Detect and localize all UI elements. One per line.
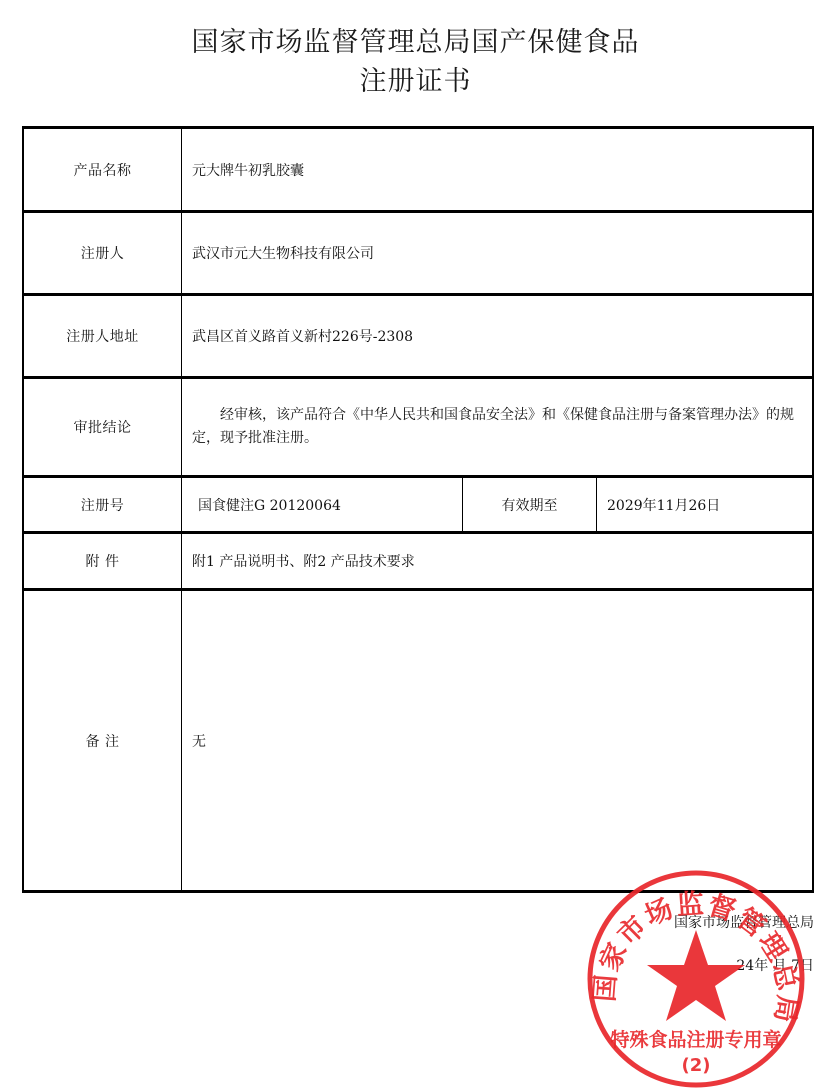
seal-number: (2) [682,1055,711,1076]
remarks-label: 备 注 [24,591,182,890]
approval-conclusion-label: 审批结论 [24,379,182,475]
attachments-label: 附 件 [24,534,182,588]
registrant-label: 注册人 [24,213,182,293]
registration-number-label: 注册号 [24,478,182,531]
row-approval-conclusion: 审批结论 经审核，该产品符合《中华人民共和国食品安全法》和《保健食品注册与备案管… [22,376,814,475]
row-remarks: 备 注 无 [22,588,814,893]
seal-bottom-text: 特殊食品注册专用章 [610,1028,781,1051]
registrant-address-value: 武昌区首义路首义新村226号-2308 [182,296,812,376]
product-name-value: 元大牌牛初乳胶囊 [182,129,812,210]
product-name-label: 产品名称 [24,129,182,210]
row-attachments: 附 件 附1 产品说明书、附2 产品技术要求 [22,531,814,588]
certificate-title-line2: 注册证书 [0,59,831,98]
approval-conclusion-value: 经审核，该产品符合《中华人民共和国食品安全法》和《保健食品注册与备案管理办法》的… [182,379,812,475]
registrant-address-label: 注册人地址 [24,296,182,376]
row-product-name: 产品名称 元大牌牛初乳胶囊 [22,126,814,210]
row-registrant-address: 注册人地址 武昌区首义路首义新村226号-2308 [22,293,814,376]
row-registrant: 注册人 武汉市元大生物科技有限公司 [22,210,814,293]
row-registration-number: 注册号 国食健注G 20120064 有效期至 2029年11月26日 [22,475,814,531]
valid-until-value: 2029年11月26日 [597,478,812,531]
official-seal-icon: 国家市场监督管理总局 特殊食品注册专用章 (2) [585,868,807,1090]
certificate-table: 产品名称 元大牌牛初乳胶囊 注册人 武汉市元大生物科技有限公司 注册人地址 武昌… [22,126,814,893]
valid-until-label: 有效期至 [463,478,597,531]
registration-number-value: 国食健注G 20120064 [182,478,463,531]
remarks-value: 无 [182,591,812,890]
registrant-value: 武汉市元大生物科技有限公司 [182,213,812,293]
certificate-title-line1: 国家市场监督管理总局国产保健食品 [0,20,831,59]
attachments-value: 附1 产品说明书、附2 产品技术要求 [182,534,812,588]
